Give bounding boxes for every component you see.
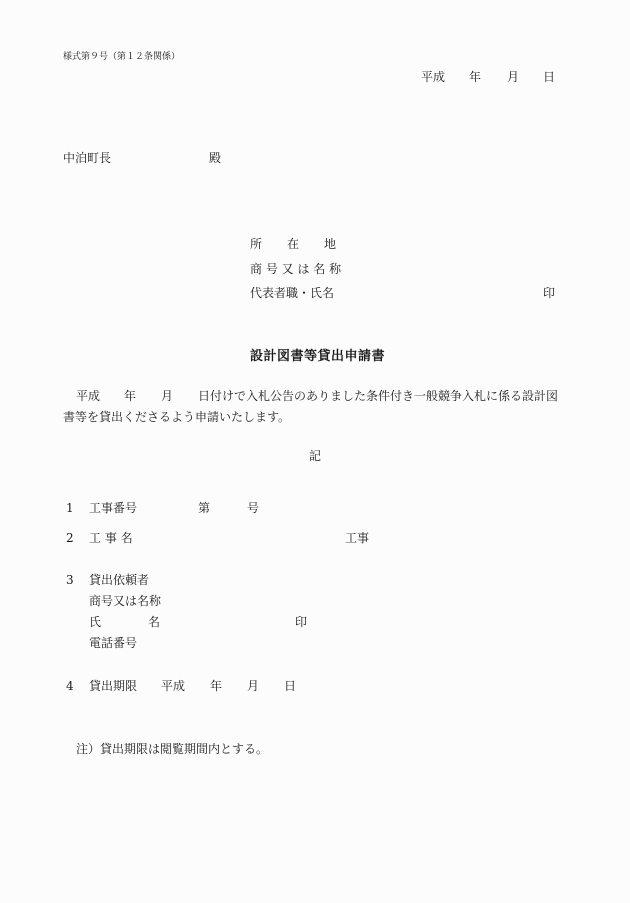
body-era: 平成 — [76, 389, 100, 403]
address-label-2: 在 — [287, 237, 299, 251]
item-3-company: 商号又は名称 — [89, 594, 161, 608]
item-3-seal: 印 — [295, 615, 307, 629]
item-3-number: 3 — [66, 573, 74, 587]
body-year-label: 年 — [124, 389, 136, 403]
document-title: 設計図書等貸出申請書 — [250, 349, 385, 365]
item-3-name-label-1: 氏 — [89, 615, 101, 629]
item-1-go: 号 — [247, 501, 259, 515]
form-number: 様式第９号（第１２条関係） — [63, 52, 180, 63]
note: 注）貸出期限は閲覧期間内とする。 — [76, 742, 268, 756]
body-text-line2: 書等を貸出くださるよう申請いたします。 — [63, 410, 290, 424]
ki-heading: 記 — [309, 449, 321, 463]
item-4-year-label: 年 — [210, 679, 222, 693]
body-month-label: 月 — [161, 389, 173, 403]
representative-label: 代表者職・氏名 — [250, 286, 334, 300]
address-label-1: 所 — [250, 237, 262, 251]
item-4-month-label: 月 — [247, 679, 259, 693]
item-3-label: 貸出依頼者 — [89, 573, 149, 587]
addressee-honorific: 殿 — [209, 151, 221, 165]
seal-mark: 印 — [543, 286, 555, 300]
date-year-label: 年 — [469, 70, 481, 84]
item-3-name-label-2: 名 — [148, 615, 160, 629]
item-4-day-label: 日 — [284, 679, 296, 693]
item-4-label: 貸出期限 — [89, 679, 137, 693]
item-4-era: 平成 — [161, 679, 185, 693]
item-1-number: 1 — [66, 501, 74, 515]
date-day-label: 日 — [543, 70, 555, 84]
item-2-number: 2 — [66, 531, 74, 545]
item-1-label: 工事番号 — [89, 501, 137, 515]
address-label-3: 地 — [324, 237, 336, 251]
body-text-line1: 日付けで入札公告のありました条件付き一般競争入札に係る設計図 — [198, 389, 558, 403]
date-era: 平成 — [421, 70, 445, 84]
item-2-suffix: 工事 — [345, 531, 369, 545]
item-1-dai: 第 — [198, 501, 210, 515]
item-2-label: 工 事 名 — [89, 531, 133, 545]
date-month-label: 月 — [507, 70, 519, 84]
item-4-number: 4 — [66, 679, 74, 693]
item-3-phone: 電話番号 — [89, 636, 137, 650]
company-name-label: 商 号 又 は 名 称 — [250, 262, 341, 276]
addressee-name: 中泊町長 — [63, 151, 111, 165]
